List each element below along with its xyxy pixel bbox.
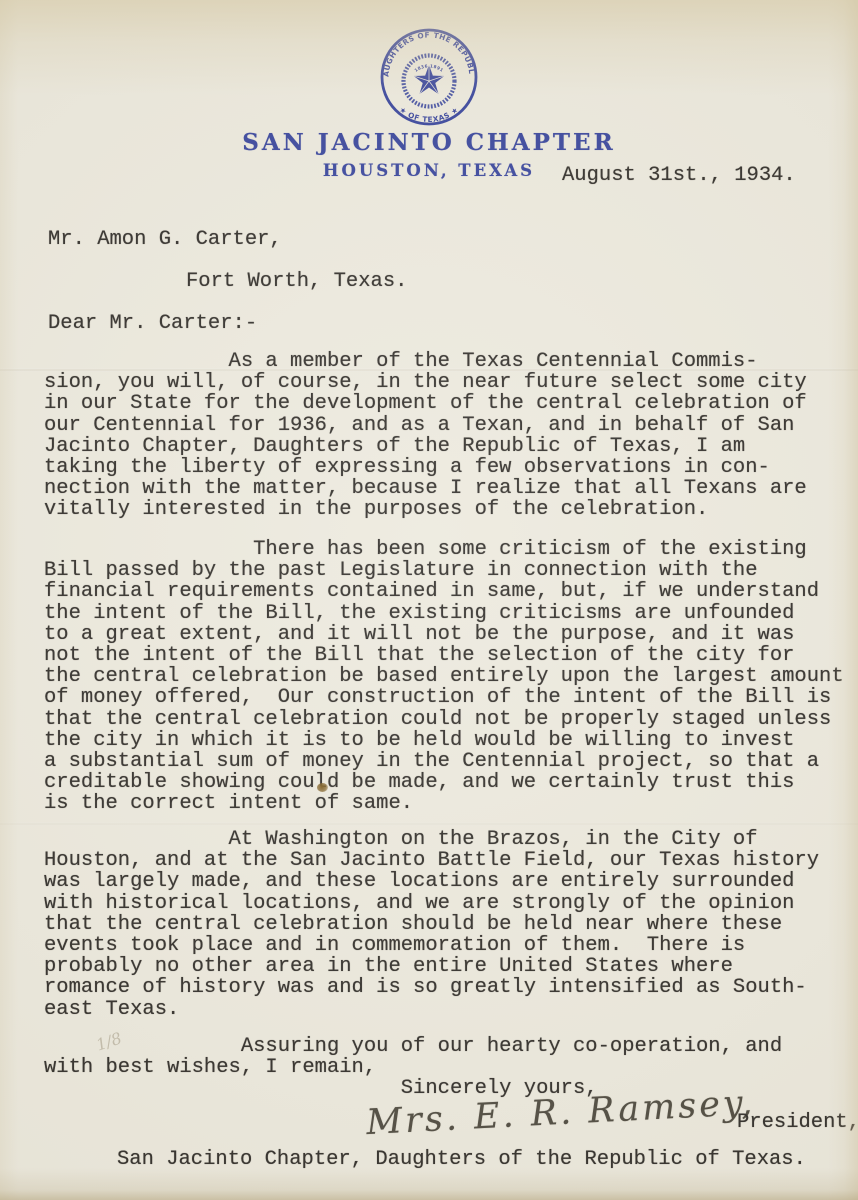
- paper-stain: [317, 783, 328, 792]
- fold-crease: [0, 822, 858, 826]
- body-paragraph-1: As a member of the Texas Centennial Comm…: [44, 351, 807, 521]
- signature-org-line: San Jacinto Chapter, Daughters of the Re…: [117, 1149, 806, 1170]
- recipient-city: Fort Worth, Texas.: [186, 271, 407, 292]
- body-paragraph-3: At Washington on the Brazos, in the City…: [44, 829, 819, 1020]
- drt-seal-icon: DAUGHTERS OF THE REPUBLIC ★ OF TEXAS ★ 1…: [379, 26, 479, 126]
- letterhead-chapter-name: SAN JACINTO CHAPTER: [0, 129, 858, 156]
- date-line: August 31st., 1934.: [562, 165, 796, 186]
- body-paragraph-2: There has been some criticism of the exi…: [44, 539, 844, 815]
- letter-page: DAUGHTERS OF THE REPUBLIC ★ OF TEXAS ★ 1…: [0, 0, 858, 1200]
- recipient-name: Mr. Amon G. Carter,: [48, 229, 282, 250]
- signature-title: President,: [737, 1112, 858, 1133]
- salutation: Dear Mr. Carter:-: [48, 313, 257, 334]
